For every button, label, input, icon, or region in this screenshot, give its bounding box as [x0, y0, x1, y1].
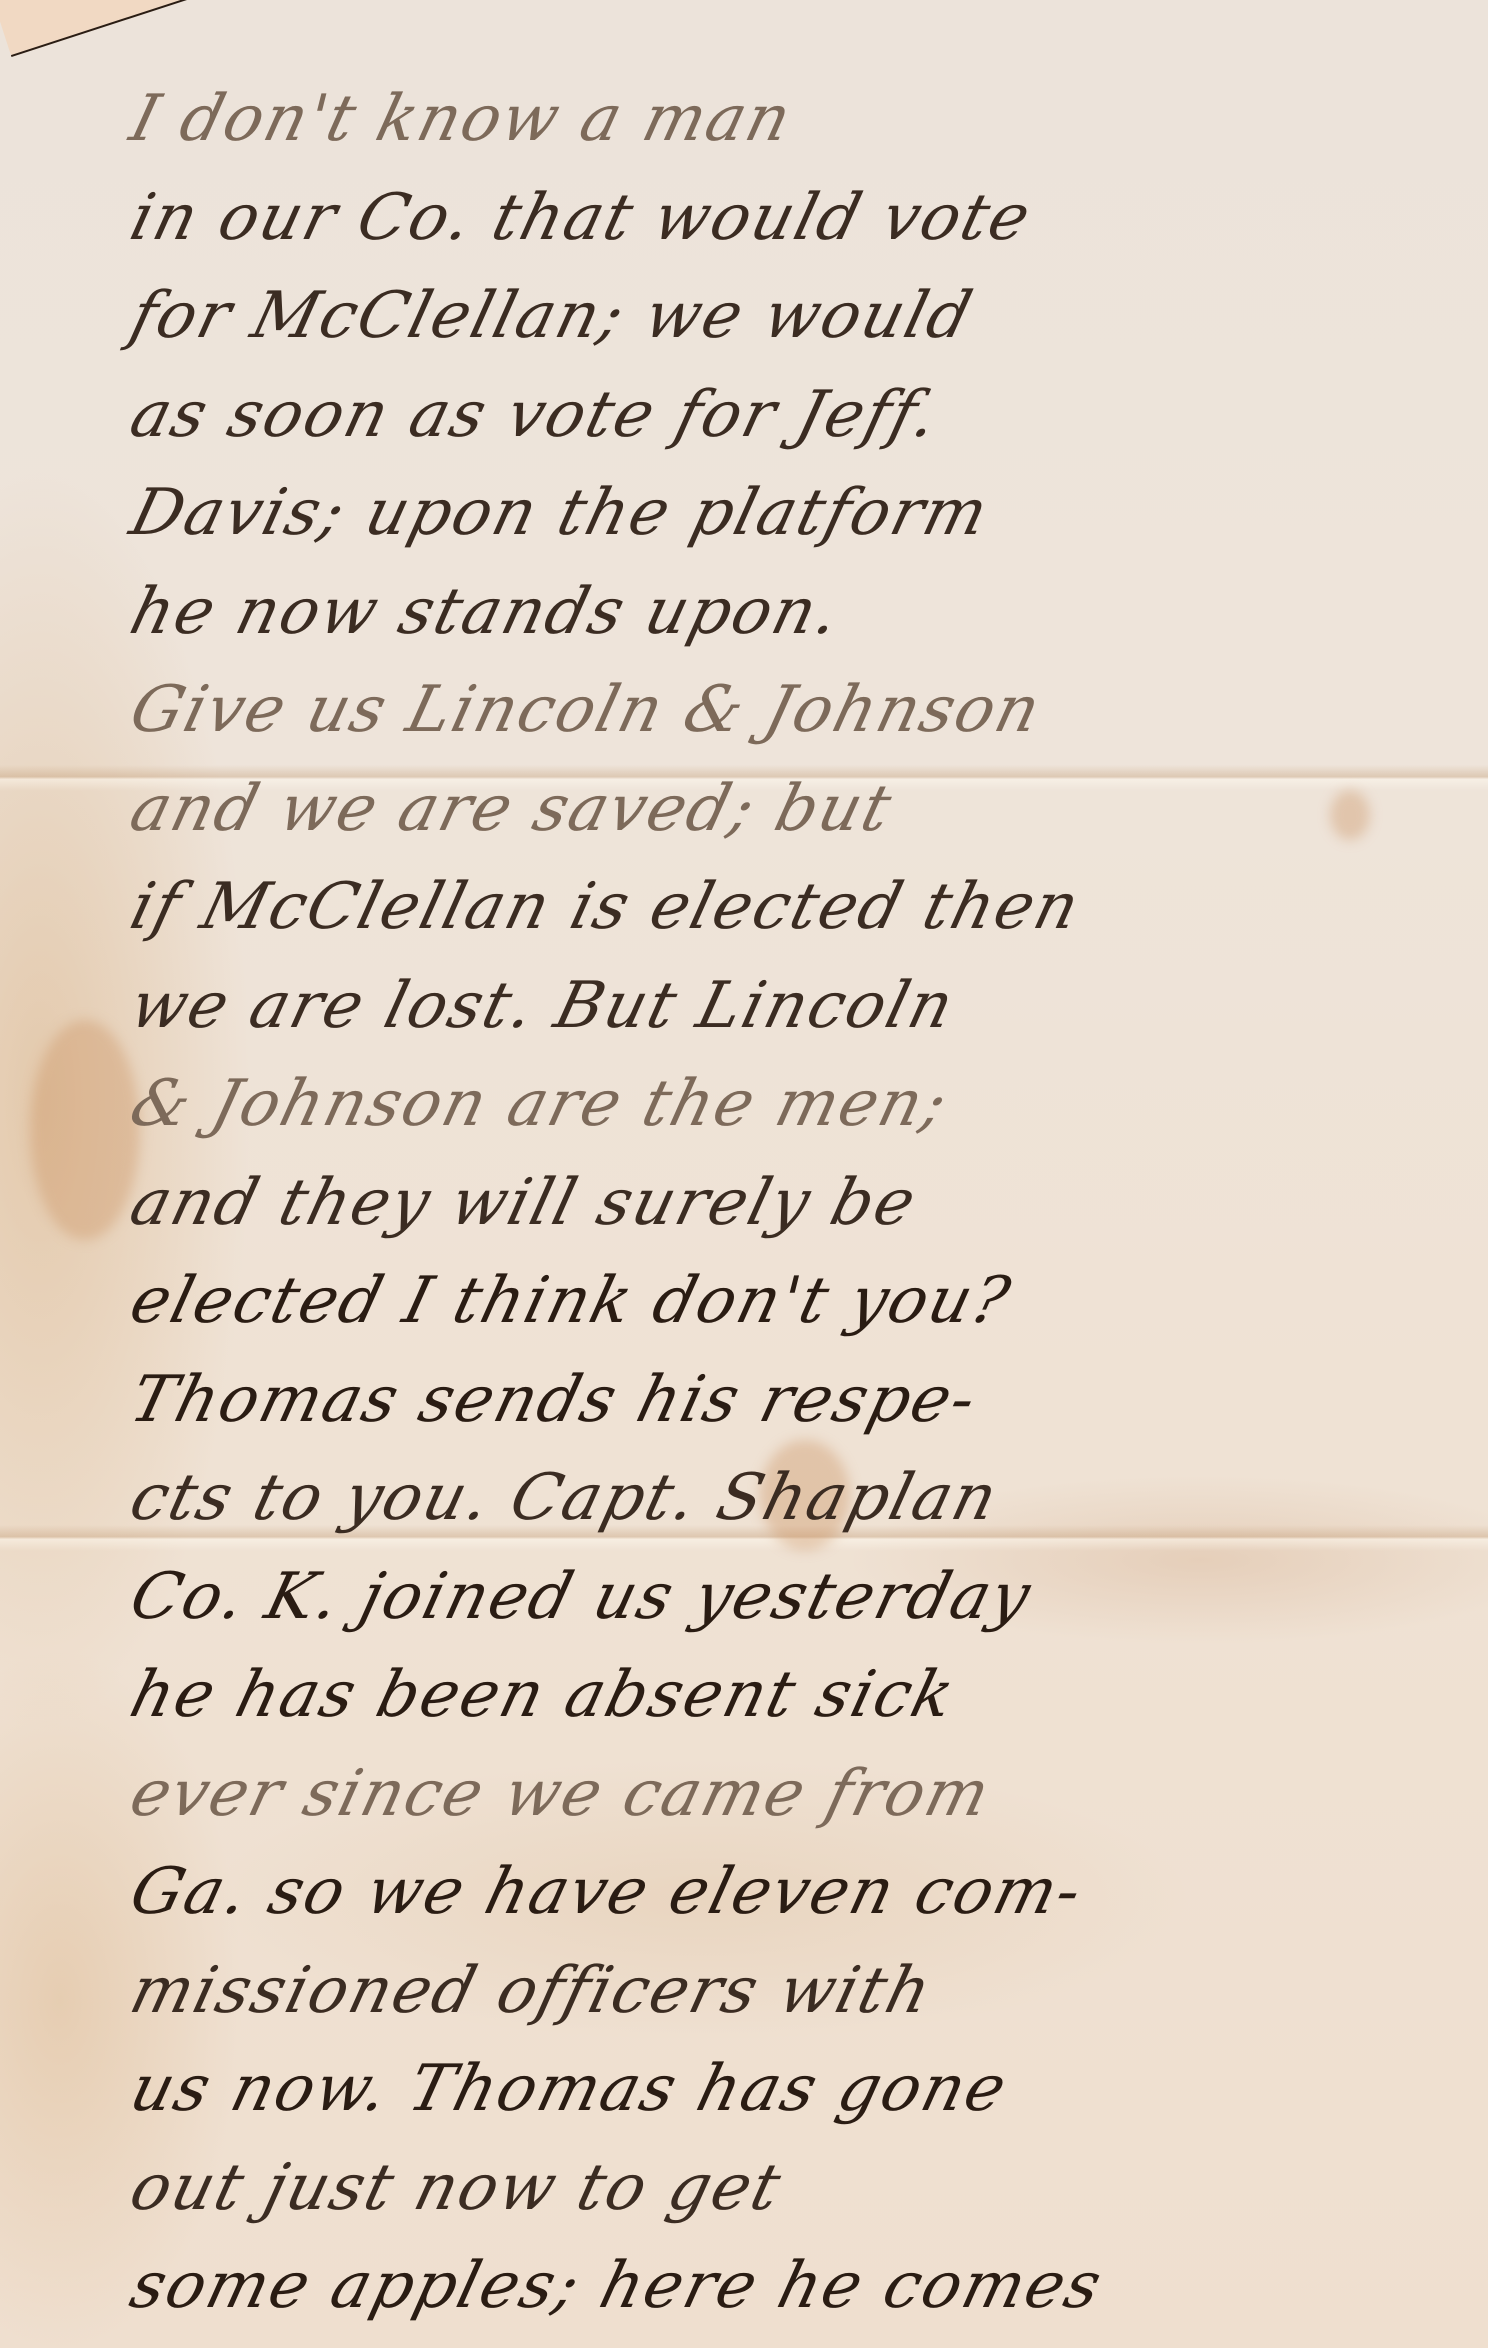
letter-page: I don't know a man in our Co. that would…: [0, 0, 1488, 2348]
text-line: & Johnson are the men;: [120, 1055, 1485, 1154]
text-line: and we are saved; but: [120, 760, 1485, 859]
text-line: and they will surely be: [120, 1154, 1485, 1253]
text-line: elected I think don't you?: [120, 1252, 1485, 1351]
text-line: he has been absent sick: [120, 1646, 1485, 1745]
text-line: Give us Lincoln & Johnson: [120, 661, 1485, 760]
text-line: out just now to get: [120, 2139, 1485, 2238]
text-line: we are lost. But Lincoln: [120, 957, 1485, 1056]
text-line: Davis; upon the platform: [120, 464, 1485, 563]
folded-corner: [0, 0, 240, 57]
handwritten-text: I don't know a man in our Co. that would…: [120, 70, 1460, 2336]
text-line: some apples; here he comes: [120, 2237, 1485, 2336]
text-line: missioned officers with: [120, 1942, 1485, 2041]
text-line: cts to you. Capt. Shaplan: [120, 1449, 1485, 1548]
text-line: Thomas sends his respe-: [120, 1351, 1485, 1450]
text-line: ever since we came from: [120, 1745, 1485, 1844]
text-line: he now stands upon.: [120, 563, 1485, 662]
text-line: as soon as vote for Jeff.: [120, 366, 1485, 465]
text-line: I don't know a man: [120, 70, 1485, 169]
text-line: Ga. so we have eleven com-: [120, 1843, 1485, 1942]
text-line: for McClellan; we would: [120, 267, 1485, 366]
text-line: in our Co. that would vote: [120, 169, 1485, 268]
text-line: if McClellan is elected then: [120, 858, 1485, 957]
text-line: us now. Thomas has gone: [120, 2040, 1485, 2139]
text-line: Co. K. joined us yesterday: [120, 1548, 1485, 1647]
